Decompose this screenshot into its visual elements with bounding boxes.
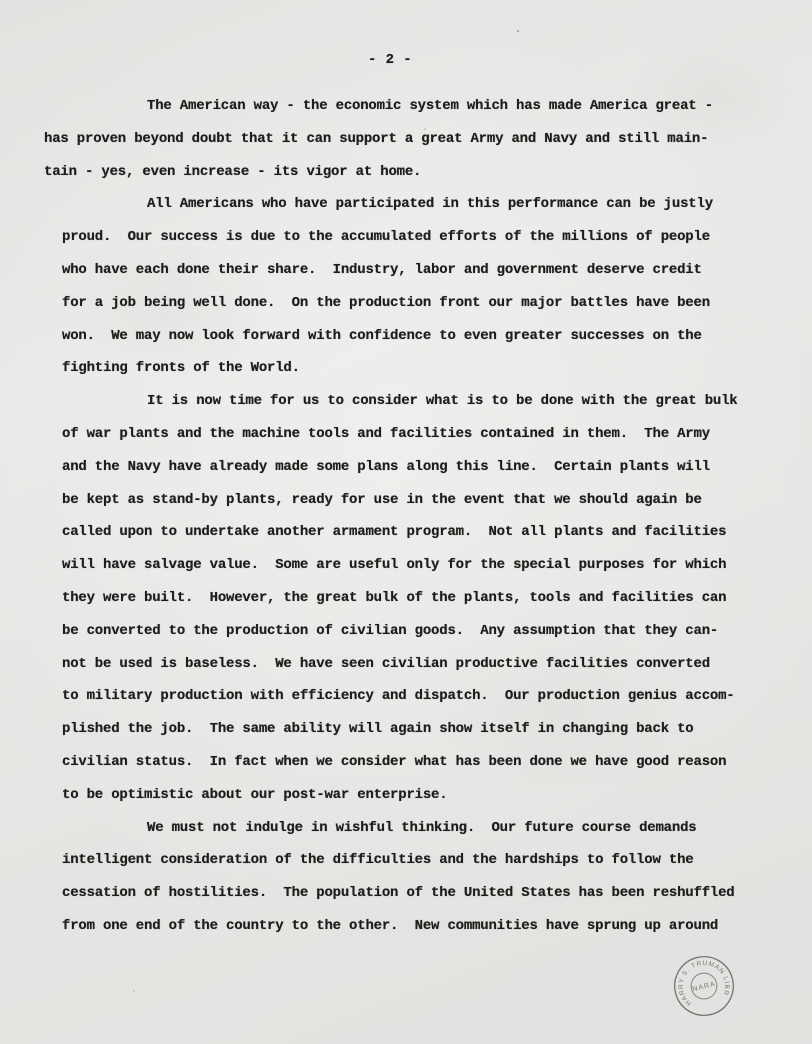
text-line: to be optimistic about our post-war ente… <box>62 779 774 812</box>
text-line: for a job being well done. On the produc… <box>62 287 774 320</box>
text-line: All Americans who have participated in t… <box>62 188 774 221</box>
text-line: to military production with efficiency a… <box>62 680 774 713</box>
text-line: proud. Our success is due to the accumul… <box>62 221 774 254</box>
stamp-arc-text: HARRY S. TRUMAN LIBRARY <box>668 950 733 1011</box>
paragraph: It is now time for us to consider what i… <box>62 385 774 811</box>
text-line: not be used is baseless. We have seen ci… <box>62 648 774 681</box>
text-line: The American way - the economic system w… <box>62 90 774 123</box>
text-line: It is now time for us to consider what i… <box>62 385 774 418</box>
text-line: has proven beyond doubt that it can supp… <box>44 123 774 156</box>
page-number: - 2 - <box>368 52 412 68</box>
document-body: The American way - the economic system w… <box>62 90 774 943</box>
text-line: plished the job. The same ability will a… <box>62 713 774 746</box>
text-line: will have salvage value. Some are useful… <box>62 549 774 582</box>
text-line: cessation of hostilities. The population… <box>62 877 774 910</box>
text-line: they were built. However, the great bulk… <box>62 582 774 615</box>
paragraph: All Americans who have participated in t… <box>62 188 774 385</box>
truman-library-nara-stamp: HARRY S. TRUMAN LIBRARY NARA <box>668 950 740 1022</box>
text-line: who have each done their share. Industry… <box>62 254 774 287</box>
text-line: be converted to the production of civili… <box>62 615 774 648</box>
text-line: called upon to undertake another armamen… <box>62 516 774 549</box>
text-line: tain - yes, even increase - its vigor at… <box>44 156 774 189</box>
stamp-center-text: NARA <box>692 981 717 994</box>
text-line: We must not indulge in wishful thinking.… <box>62 812 774 845</box>
paragraph: We must not indulge in wishful thinking.… <box>62 812 774 943</box>
text-line: civilian status. In fact when we conside… <box>62 746 774 779</box>
text-line: won. We may now look forward with confid… <box>62 320 774 353</box>
text-line: from one end of the country to the other… <box>62 910 774 943</box>
text-line: intelligent consideration of the difficu… <box>62 844 774 877</box>
paper-speck <box>517 30 519 32</box>
text-line: fighting fronts of the World. <box>62 352 774 385</box>
scanned-document-page: - 2 - The American way - the economic sy… <box>0 0 812 1044</box>
text-line: and the Navy have already made some plan… <box>62 451 774 484</box>
paragraph: The American way - the economic system w… <box>62 90 774 188</box>
text-line: of war plants and the machine tools and … <box>62 418 774 451</box>
text-line: be kept as stand-by plants, ready for us… <box>62 484 774 517</box>
paper-speck <box>133 990 135 992</box>
